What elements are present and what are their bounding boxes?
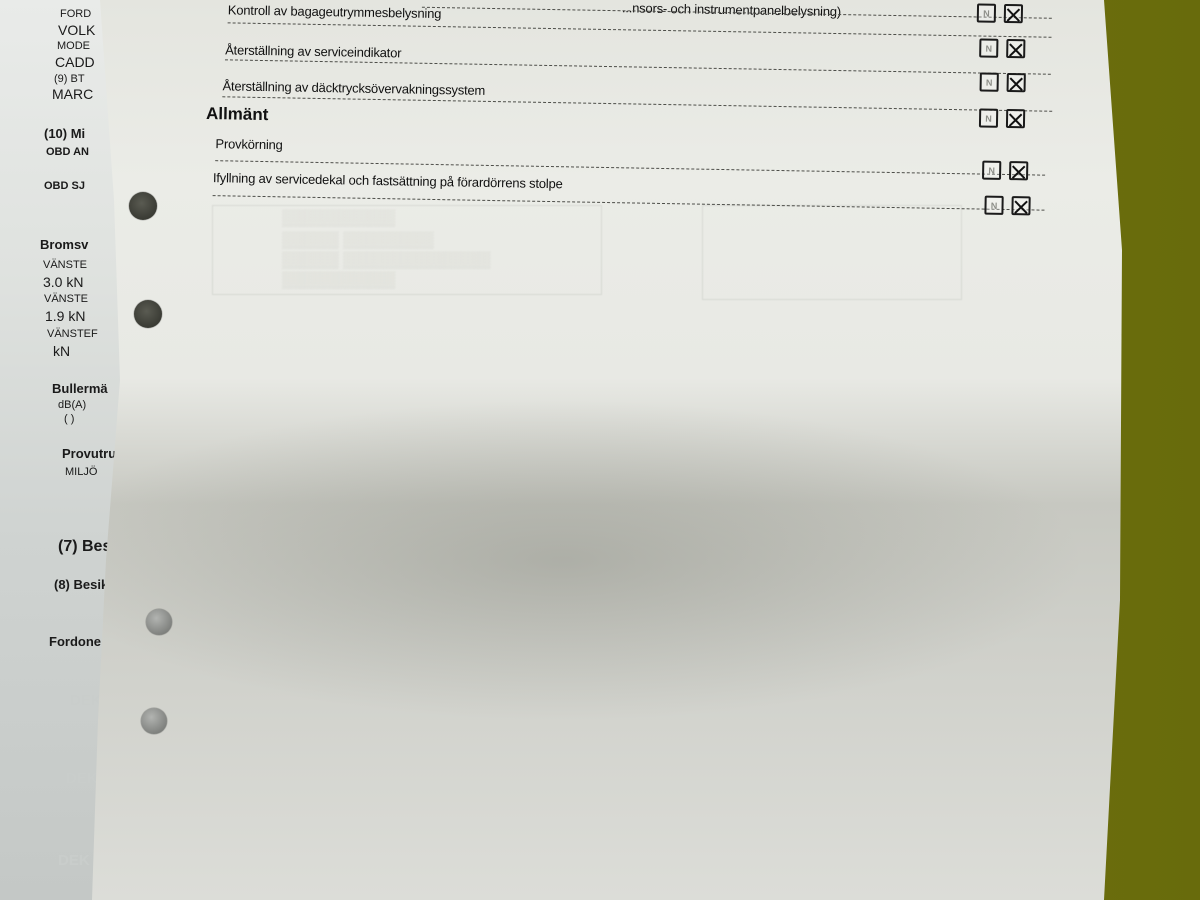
bleed-through-text: ▒▒▒▒▒▒▒▒▒▒ (282, 272, 395, 290)
row-divider (225, 59, 1051, 74)
row-divider (222, 96, 1052, 111)
back-value: kN (53, 343, 70, 359)
item-label: Återställning av däcktrycksövervakningss… (222, 78, 485, 98)
back-heading: (8) Besik (54, 577, 108, 592)
checkbox-x-checked[interactable] (1009, 161, 1028, 180)
back-text: VÄNSTE (44, 293, 88, 305)
row-divider (228, 22, 1052, 37)
item-label: Provkörning (215, 136, 282, 152)
back-heading: Bullermä (52, 381, 108, 396)
back-text: (9) BT (54, 73, 85, 85)
checkbox-pair: N (979, 109, 1025, 129)
back-text: MILJÖ (65, 466, 97, 478)
item-label: Återställning av serviceindikator (225, 42, 401, 60)
cut-item-label: ...nsors- och instrumentpanelbelysning) (622, 0, 841, 19)
back-text: CADD (55, 54, 95, 70)
back-text: dB(A) (58, 399, 86, 411)
checkbox-n[interactable]: N (980, 73, 999, 92)
checkbox-x-checked[interactable] (1004, 4, 1023, 23)
watermark: DEK (70, 692, 102, 709)
checkbox-n[interactable]: N (982, 161, 1001, 180)
checkbox-n[interactable]: N (979, 38, 998, 57)
watermark: DEK (58, 852, 90, 869)
checkbox-pair: N (979, 38, 1025, 58)
punch-hole (146, 609, 172, 635)
watermark: DEK (66, 770, 98, 787)
checkbox-x-checked[interactable] (1011, 196, 1030, 215)
back-value: 3.0 kN (43, 274, 83, 290)
back-text: FORD (60, 8, 91, 20)
punch-hole (141, 708, 167, 734)
checkbox-x-checked[interactable] (1006, 109, 1025, 128)
checkbox-n[interactable]: N (977, 3, 996, 22)
item-label: Ifyllning av servicedekal och fastsättni… (213, 170, 563, 191)
back-heading: Bromsv (40, 237, 88, 252)
checklist-rows: ...nsors- och instrumentpanelbelysning) … (88, 0, 1122, 258)
checkbox-pair: N (980, 73, 1026, 93)
back-text: OBD SJ (44, 180, 85, 192)
checkbox-pair: N (977, 3, 1023, 23)
back-text: VOLK (58, 22, 95, 38)
back-heading: (7) Bes (58, 538, 111, 556)
back-heading: (10) Mi (44, 126, 85, 141)
row-divider (213, 195, 1045, 211)
back-text: MARC (52, 86, 93, 102)
checkbox-pair: N (984, 196, 1030, 216)
checkbox-n[interactable]: N (984, 196, 1003, 215)
checklist-page: ▒▒▒▒▒▒▒▒▒▒ ▒▒▒▒▒ ▒▒▒▒▒▒▒▒ ▒▒▒▒▒ ▒▒▒▒▒▒▒▒… (92, 0, 1122, 900)
back-text: VÄNSTE (43, 259, 87, 271)
bleed-through-text: ▒▒▒▒▒ ▒▒▒▒▒▒▒▒▒▒▒▒▒ (282, 252, 491, 270)
checkbox-x-checked[interactable] (1006, 39, 1025, 58)
back-value: 1.9 kN (45, 308, 85, 324)
back-text: OBD AN (46, 146, 89, 158)
section-title: Allmänt (206, 104, 269, 125)
back-text: VÄNSTEF (47, 328, 98, 340)
back-heading: Fordone (49, 634, 101, 649)
checkbox-x-checked[interactable] (1007, 73, 1026, 92)
back-text: MODE (57, 40, 90, 52)
punch-hole (134, 300, 162, 328)
item-label: Kontroll av bagageutrymmesbelysning (228, 2, 442, 21)
checkbox-n[interactable]: N (979, 109, 998, 128)
back-text: ( ) (64, 413, 74, 425)
checkbox-pair: N (982, 161, 1028, 181)
